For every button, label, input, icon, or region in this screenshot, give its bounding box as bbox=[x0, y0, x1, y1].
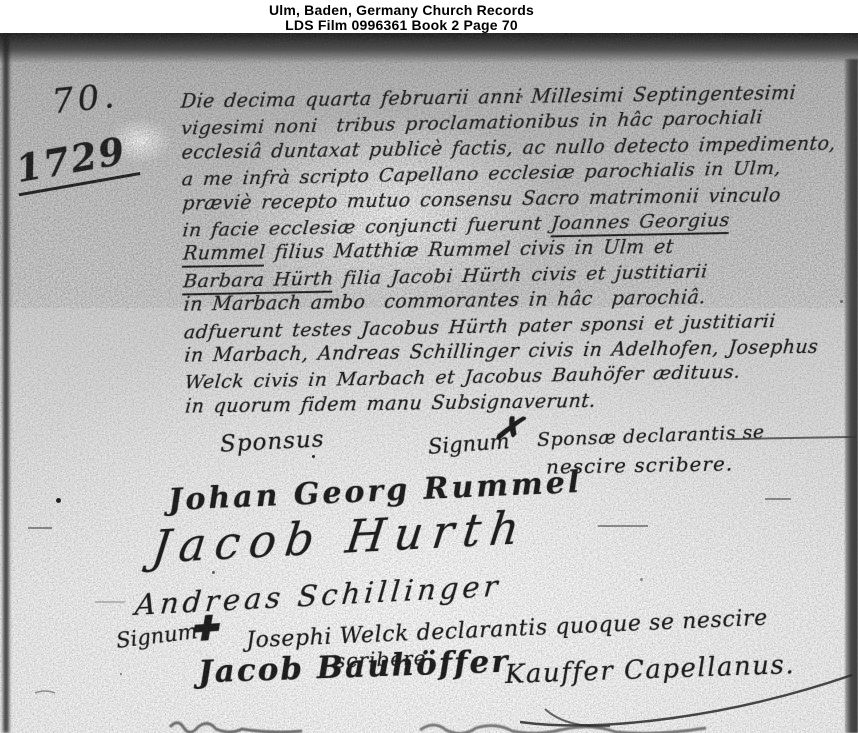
film-edge-top bbox=[0, 33, 858, 63]
ink-speck bbox=[120, 673, 122, 675]
caption-title: Ulm, Baden, Germany Church Records bbox=[0, 3, 803, 18]
sponsa-declaration-line1: Sponsæ declarantis se bbox=[537, 421, 765, 451]
scratch-mark bbox=[95, 601, 125, 603]
signature-chaplain: Kauffer Capellanus. bbox=[505, 650, 796, 690]
page-number-handwritten: 70. bbox=[50, 76, 120, 123]
ink-speck bbox=[212, 571, 215, 574]
page-fold-left-edge bbox=[3, 33, 9, 733]
signature-jacob-bauhoeffer: Jacob Bauhöffer bbox=[197, 644, 510, 691]
record-body-text: Die decima quarta februarii anni Millesi… bbox=[181, 80, 858, 420]
sponsus-label: Sponsus bbox=[219, 426, 325, 457]
year-handwritten: 1729 bbox=[11, 127, 141, 197]
ink-speck bbox=[305, 180, 308, 183]
bride-signum-cross-mark: ✗ bbox=[491, 407, 525, 451]
welck-signum-label: Signum bbox=[115, 619, 199, 653]
scratch-mark bbox=[598, 525, 648, 527]
document-scan: 70. 1729 Die decima quarta februarii ann… bbox=[0, 33, 858, 733]
caption-film-reference: LDS Film 0996361 Book 2 Page 70 bbox=[0, 18, 803, 33]
ink-speck bbox=[56, 498, 61, 503]
scratch-mark bbox=[28, 527, 52, 529]
scratch-mark bbox=[765, 498, 791, 500]
ink-speck bbox=[640, 578, 643, 581]
ink-speck bbox=[840, 300, 843, 303]
caption-header: Ulm, Baden, Germany Church Records LDS F… bbox=[0, 0, 858, 33]
ink-speck bbox=[312, 455, 315, 458]
welck-signum-cross-mark: ✚ bbox=[189, 608, 219, 649]
ink-speck bbox=[520, 95, 523, 98]
screenshot-root: Ulm, Baden, Germany Church Records LDS F… bbox=[0, 0, 858, 733]
